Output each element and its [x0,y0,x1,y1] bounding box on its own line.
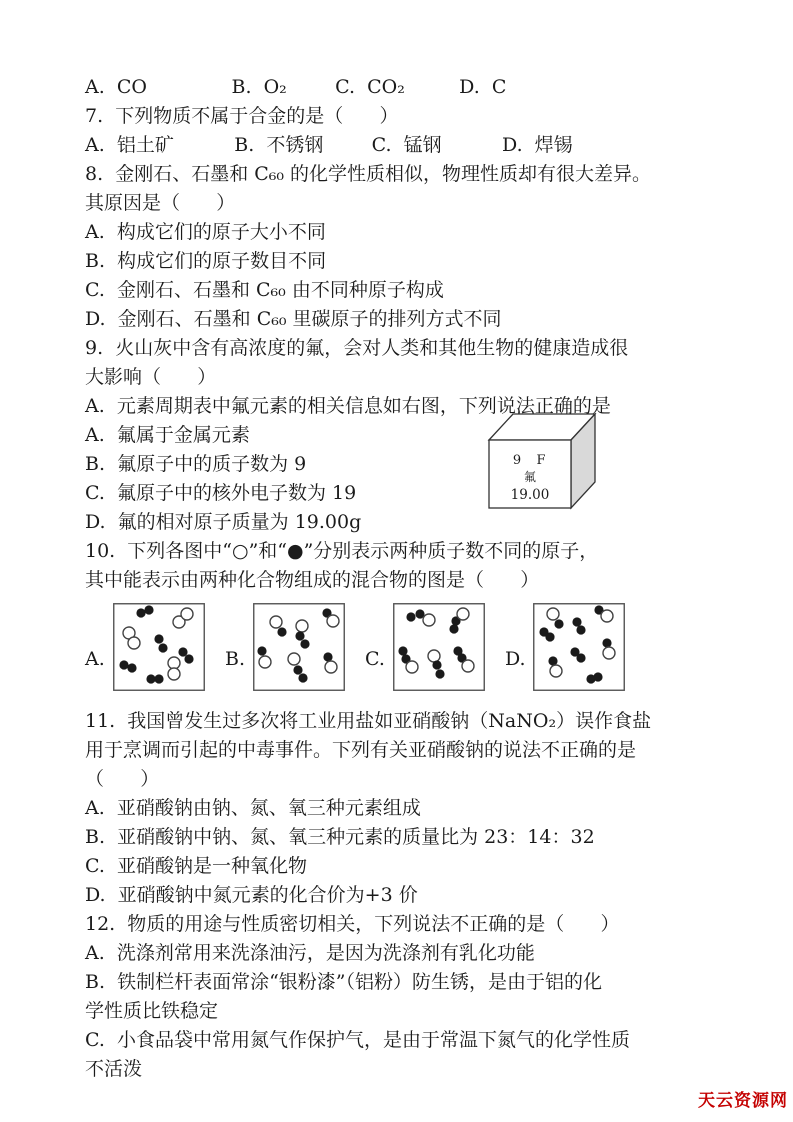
dark-atom-icon [602,638,611,647]
molecule-diagram-box [533,603,625,691]
open-atom-icon [462,660,474,672]
dark-atom-icon [398,646,407,655]
text-line: 其中能表示由两种化合物组成的混合物的图是（ ） [85,566,745,595]
text-line: 不活泼 [85,1055,745,1084]
dark-atom-icon [144,605,153,614]
text-line: （ ） [85,765,745,794]
text-line: C. 金刚石、石墨和 C₆₀ 由不同种原子构成 [85,276,745,305]
open-atom-icon [428,650,440,662]
open-atom-icon [296,620,308,632]
text-line: D. 金刚石、石墨和 C₆₀ 里碳原子的排列方式不同 [85,305,745,334]
text-line: D. 亚硝酸钠中氮元素的化合价为+3 价 [85,881,745,910]
text-lines-top: A. CO B. O₂ C. CO₂ D. C7. 下列物质不属于合金的是（ ）… [85,73,745,595]
text-line: A. 氟属于金属元素 [85,421,745,450]
text-line: A. CO B. O₂ C. CO₂ D. C [85,73,745,102]
dark-atom-icon [277,627,286,636]
dark-atom-icon [295,631,304,640]
open-atom-icon [406,661,418,673]
dark-atom-icon [593,672,602,681]
dark-atom-icon [154,674,163,683]
molecule-diagram-box [113,603,205,691]
q10-option-label: D. [505,645,533,691]
dark-atom-icon [435,669,444,678]
dark-atom-icon [119,660,128,669]
text-line: 其原因是（ ） [85,189,745,218]
open-atom-icon [168,668,180,680]
watermark: 天云资源网 [698,1086,788,1111]
open-atom-icon [259,656,271,668]
open-atom-icon [325,661,337,673]
text-line: 用于烹调而引起的中毒事件。下列有关亚硝酸钠的说法不正确的是 [85,736,745,765]
fluorine-element-cube: 9 F 氟 19.00 [483,410,599,518]
q10-option-label: C. [365,645,393,691]
text-line: B. 氟原子中的质子数为 9 [85,450,745,479]
dark-atom-icon [136,608,145,617]
text-line: 8. 金刚石、石墨和 C₆₀ 的化学性质相似，物理性质却有很大差异。 [85,160,745,189]
exam-page: A. CO B. O₂ C. CO₂ D. C7. 下列物质不属于合金的是（ ）… [0,0,793,1122]
question-text-block: A. CO B. O₂ C. CO₂ D. C7. 下列物质不属于合金的是（ ）… [85,73,745,1084]
dark-atom-icon [127,663,136,672]
open-atom-icon [547,608,559,620]
dark-atom-icon [548,656,557,665]
text-line: 7. 下列物质不属于合金的是（ ） [85,102,745,131]
q10-option-b: B. [225,603,345,691]
dark-atom-icon [184,654,193,663]
dark-atom-icon [554,619,563,628]
dark-atom-icon [576,625,585,634]
text-line: A. 元素周期表中氟元素的相关信息如右图，下列说法正确的是 [85,392,745,421]
text-lines-bottom: 11. 我国曾发生过多次将工业用盐如亚硝酸钠（NaNO₂）误作食盐用于烹调而引起… [85,707,745,1084]
text-line: 9. 火山灰中含有高浓度的氟，会对人类和其他生物的健康造成很 [85,334,745,363]
open-atom-icon [423,614,435,626]
open-atom-icon [550,665,562,677]
q10-option-a: A. [85,603,205,691]
text-line: B. 铁制栏杆表面常涂“银粉漆”（铝粉）防生锈，是由于铝的化 [85,968,745,997]
dark-atom-icon [293,665,302,674]
open-atom-icon [168,657,180,669]
text-line: A. 构成它们的原子大小不同 [85,218,745,247]
element-atomic-number: 9 [513,453,521,468]
element-symbol: F [536,453,545,468]
text-line: D. 氟的相对原子质量为 19.00g [85,508,745,537]
open-atom-icon [288,653,300,665]
text-line: C. 氟原子中的核外电子数为 19 [85,479,745,508]
text-line: B. 构成它们的原子数目不同 [85,247,745,276]
text-line: C. 亚硝酸钠是一种氧化物 [85,852,745,881]
text-line: 10. 下列各图中“○”和“●”分别表示两种质子数不同的原子， [85,537,745,566]
dark-atom-icon [158,643,167,652]
open-atom-icon [128,637,140,649]
open-atom-icon [457,608,469,620]
element-name: 氟 [524,470,536,484]
q10-option-d: D. [505,603,625,691]
q10-option-c: C. [365,603,485,691]
dark-atom-icon [178,647,187,656]
dark-atom-icon [146,674,155,683]
dark-atom-icon [572,617,581,626]
text-line: A. 亚硝酸钠由钠、氮、氧三种元素组成 [85,794,745,823]
text-line: 11. 我国曾发生过多次将工业用盐如亚硝酸钠（NaNO₂）误作食盐 [85,707,745,736]
open-atom-icon [270,616,282,628]
dark-atom-icon [545,632,554,641]
text-line: 学性质比铁稳定 [85,997,745,1026]
q10-option-label: A. [85,645,113,691]
q10-diagram-row: A.B.C.D. [85,595,745,707]
element-atomic-mass: 19.00 [511,487,550,503]
open-atom-icon [181,608,193,620]
dark-atom-icon [576,653,585,662]
dark-atom-icon [300,639,309,648]
open-atom-icon [603,647,615,659]
text-line: A. 洗涤剂常用来洗涤油污，是因为洗涤剂有乳化功能 [85,939,745,968]
text-line: A. 铝土矿 B. 不锈钢 C. 锰钢 D. 焊锡 [85,131,745,160]
dark-atom-icon [154,634,163,643]
open-atom-icon [327,615,339,627]
text-line: 12. 物质的用途与性质密切相关，下列说法不正确的是（ ） [85,910,745,939]
q10-option-label: B. [225,645,253,691]
open-atom-icon [601,610,613,622]
dark-atom-icon [323,652,332,661]
text-line: B. 亚硝酸钠中钠、氮、氧三种元素的质量比为 23：14：32 [85,823,745,852]
dark-atom-icon [406,612,415,621]
molecule-diagram-box [393,603,485,691]
dark-atom-icon [432,660,441,669]
element-cube-drawing: 9 F 氟 19.00 [483,410,599,514]
dark-atom-icon [449,624,458,633]
dark-atom-icon [298,673,307,682]
dark-atom-icon [257,646,266,655]
molecule-diagram-box [253,603,345,691]
text-line: C. 小食品袋中常用氮气作保护气，是由于常温下氮气的化学性质 [85,1026,745,1055]
text-line: 大影响（ ） [85,363,745,392]
